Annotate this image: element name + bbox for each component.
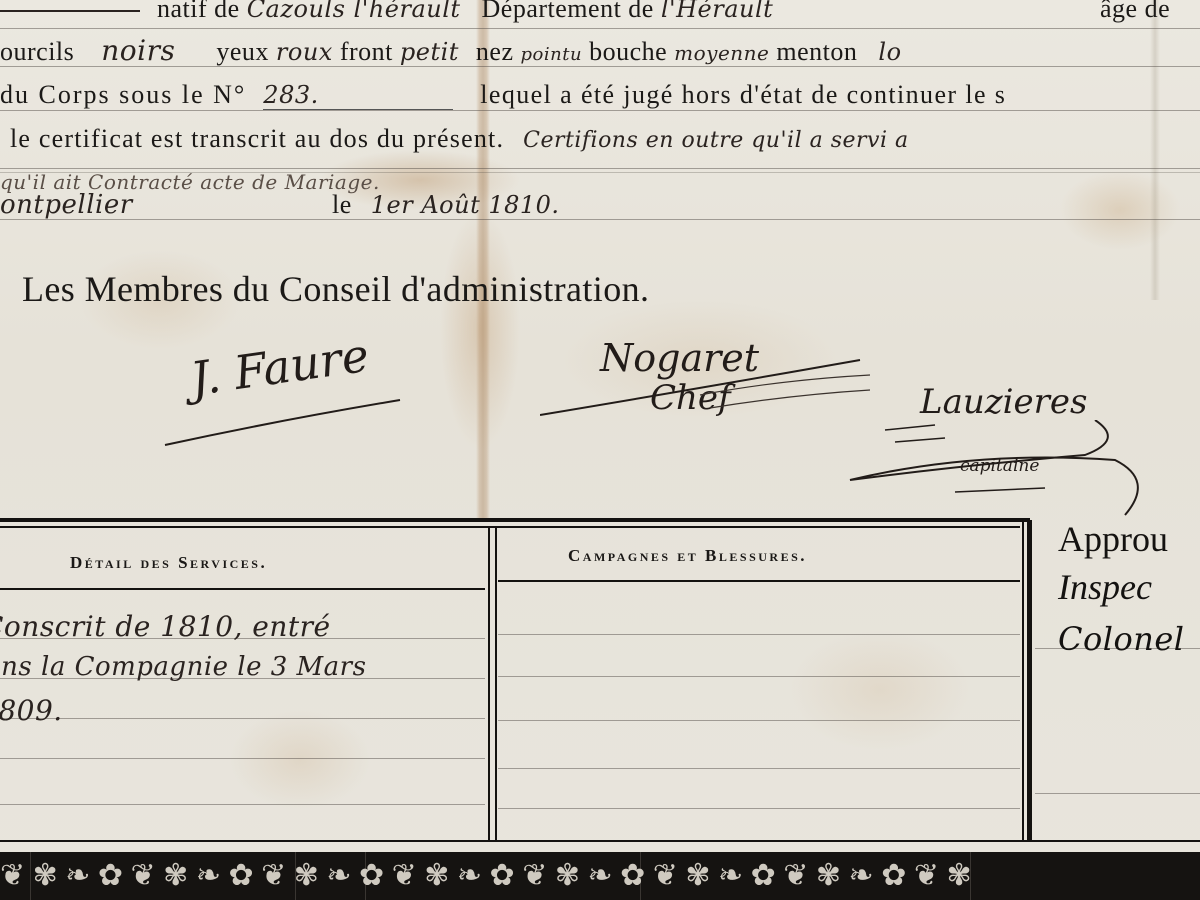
table-ruled-line bbox=[0, 804, 485, 805]
table-ruled-line bbox=[498, 676, 1020, 677]
handwritten-certification: Certifions en outre qu'il a servi a bbox=[523, 128, 908, 153]
printed-text: bouche bbox=[589, 37, 667, 66]
handwritten-mouth: moyenne bbox=[674, 41, 769, 65]
printed-text: front bbox=[340, 37, 393, 66]
text-line-1: natif de Cazouls l'hérault Département d… bbox=[0, 0, 773, 24]
text-line-6: ontpellier le 1er Août 1810. bbox=[0, 190, 560, 220]
council-heading: Les Membres du Conseil d'administration. bbox=[22, 268, 649, 310]
decorative-laurel-border: ❦ ✾ ❧ ✿ ❦ ✾ ❧ ✿ ❦ ✾ ❧ ✿ ❦ ✾ ❧ ✿ ❦ ✾ ❧ ✿ … bbox=[0, 852, 1200, 900]
handwritten-corps-number: 283. bbox=[263, 81, 453, 110]
table-ruled-line bbox=[498, 768, 1020, 769]
printed-text: natif de bbox=[157, 0, 240, 23]
table-ruled-line bbox=[498, 808, 1020, 809]
signature-flourish bbox=[160, 380, 420, 460]
printed-text: le bbox=[332, 190, 352, 219]
printed-text: menton bbox=[776, 37, 857, 66]
table-right-border-inner bbox=[1022, 520, 1024, 840]
table-ruled-line bbox=[498, 720, 1020, 721]
column-header-campaigns: Campagnes et Blessures. bbox=[568, 546, 807, 566]
approval-colonel: Colonel bbox=[1058, 620, 1185, 658]
table-ruled-line bbox=[0, 758, 485, 759]
handwritten-eyes: roux bbox=[276, 38, 333, 66]
handwritten-birthplace: Cazouls l'hérault bbox=[247, 0, 461, 23]
printed-text: yeux bbox=[216, 37, 269, 66]
table-ruled-line bbox=[498, 634, 1020, 635]
text-line-4: le certificat est transcrit au dos du pr… bbox=[10, 124, 909, 154]
ruled-line bbox=[0, 110, 1200, 111]
handwritten-eyebrows: noirs bbox=[101, 34, 175, 67]
table-top-border bbox=[0, 518, 1030, 522]
signature-strike-lines bbox=[540, 350, 880, 430]
table-right-border bbox=[1027, 520, 1032, 840]
service-entry-line-2: dans la Compagnie le 3 Mars bbox=[0, 652, 366, 682]
handwritten-city: ontpellier bbox=[0, 190, 240, 220]
laurel-leaf-icon: ❦ ✾ ❧ ✿ ❦ ✾ ❧ ✿ ❦ ✾ ❧ ✿ ❦ ✾ ❧ ✿ ❦ ✾ ❧ ✿ … bbox=[0, 858, 972, 894]
column-divider bbox=[488, 528, 490, 840]
printed-text: lequel a été jugé hors d'état de continu… bbox=[480, 80, 1006, 109]
table-ruled-line bbox=[1035, 793, 1200, 794]
handwritten-dash bbox=[0, 10, 140, 12]
table-top-inner-border bbox=[0, 526, 1020, 528]
table-ruled-line bbox=[0, 718, 485, 719]
printed-text: âge de bbox=[1100, 0, 1170, 24]
paper-fold-right bbox=[1150, 0, 1160, 300]
handwritten-nose: pointu bbox=[521, 44, 583, 65]
header-underline-services bbox=[0, 588, 485, 590]
handwritten-department: l'Hérault bbox=[661, 0, 773, 23]
column-divider-inner bbox=[495, 528, 497, 840]
printed-text: le certificat est transcrit au dos du pr… bbox=[10, 124, 504, 153]
approval-heading: Approu bbox=[1058, 518, 1168, 560]
printed-text: Département de bbox=[482, 0, 654, 23]
approval-inspector: Inspec bbox=[1058, 566, 1152, 608]
service-entry-line-3: 1809. bbox=[0, 694, 63, 727]
printed-text: ourcils bbox=[0, 37, 74, 66]
text-line-2: ourcils noirs yeux roux front petit nez … bbox=[0, 34, 902, 67]
handwritten-chin: lo bbox=[878, 38, 901, 66]
table-bottom-border bbox=[0, 840, 1200, 842]
handwritten-date: 1er Août 1810. bbox=[371, 191, 560, 219]
text-line-3: du Corps sous le N° 283. lequel a été ju… bbox=[0, 80, 1006, 110]
paper-fold bbox=[476, 0, 490, 520]
signature-lauzieres: Lauzieres bbox=[920, 382, 1087, 422]
printed-text: du Corps sous le N° bbox=[0, 80, 246, 109]
services-table: Détail des Services. Campagnes et Blessu… bbox=[0, 518, 1030, 840]
service-entry-line-1: Conscrit de 1810, entré bbox=[0, 610, 331, 643]
signature-lauzieres-flourish bbox=[845, 420, 1155, 530]
header-underline-campaigns bbox=[498, 580, 1020, 582]
ruled-line bbox=[0, 28, 1200, 29]
printed-text: nez bbox=[476, 37, 514, 66]
handwritten-forehead: petit bbox=[400, 38, 459, 66]
column-header-services: Détail des Services. bbox=[70, 553, 267, 573]
